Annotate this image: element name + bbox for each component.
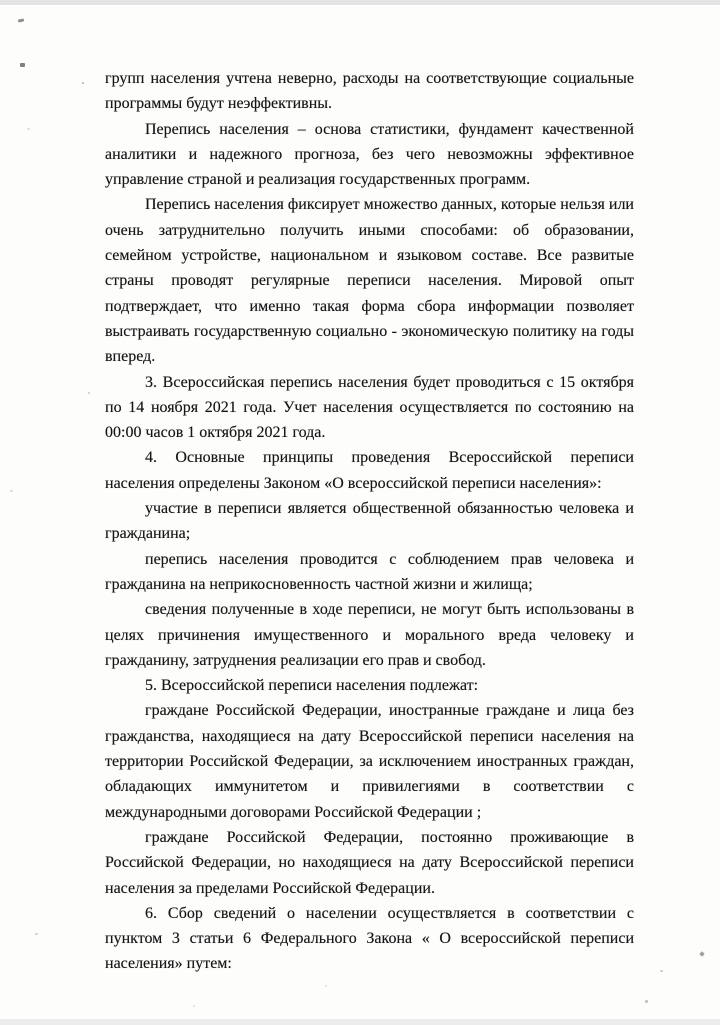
paragraph: Перепись населения фиксирует множество д… bbox=[105, 192, 634, 369]
document-text: групп населения учтена неверно, расходы … bbox=[105, 66, 634, 977]
scan-speckle bbox=[18, 18, 24, 22]
scan-edge-bottom bbox=[0, 1019, 720, 1025]
scan-speckle bbox=[10, 490, 13, 492]
paragraph: 3. Всероссийская перепись населения буде… bbox=[105, 370, 634, 446]
scan-speckle bbox=[20, 63, 25, 67]
paragraph: граждане Российской Федерации, иностранн… bbox=[105, 698, 634, 824]
paragraph: сведения полученные в ходе переписи, не … bbox=[105, 597, 634, 673]
paragraph: участие в переписи является общественной… bbox=[105, 496, 634, 547]
scan-speckle bbox=[35, 933, 38, 935]
paragraph: 5. Всероссийской переписи населения подл… bbox=[105, 673, 634, 698]
scan-speckle bbox=[699, 951, 705, 957]
scan-speckle bbox=[660, 970, 663, 972]
scan-speckle bbox=[193, 1005, 195, 1007]
paragraph: Перепись населения – основа статистики, … bbox=[105, 117, 634, 193]
paragraph: перепись населения проводится с соблюден… bbox=[105, 547, 634, 598]
scan-speckle bbox=[88, 392, 90, 394]
scan-speckle bbox=[645, 1000, 648, 1003]
paragraph: 6. Сбор сведений о населении осуществляе… bbox=[105, 901, 634, 977]
paragraph: 4. Основные принципы проведения Всеросси… bbox=[105, 445, 634, 496]
scan-speckle bbox=[325, 985, 327, 987]
paragraph: граждане Российской Федерации, постоянно… bbox=[105, 825, 634, 901]
scan-speckle bbox=[82, 82, 84, 84]
scan-speckle bbox=[27, 128, 30, 130]
document-page: групп населения учтена неверно, расходы … bbox=[0, 0, 720, 1025]
scan-edge-top bbox=[0, 0, 720, 5]
paragraph: групп населения учтена неверно, расходы … bbox=[105, 66, 634, 117]
